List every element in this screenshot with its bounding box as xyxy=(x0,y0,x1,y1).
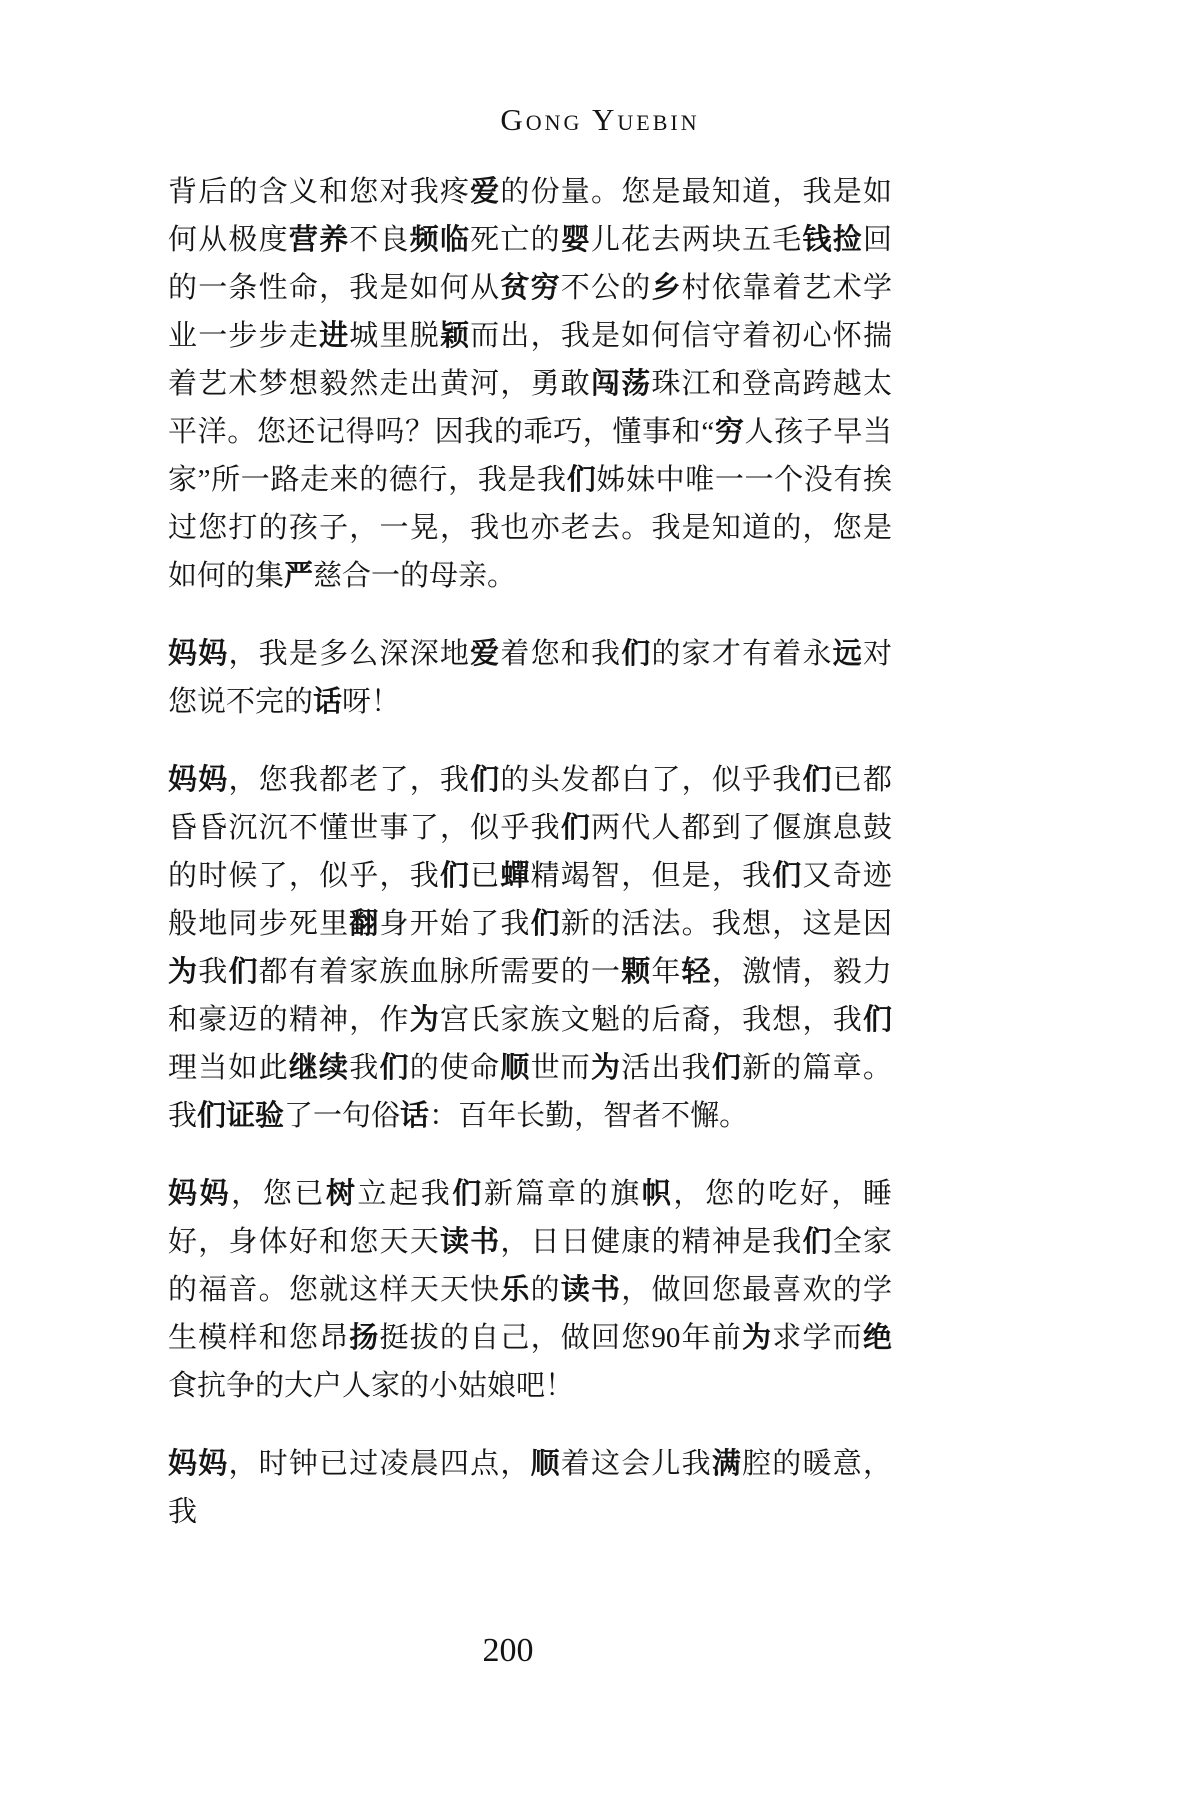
text-segment: 食抗争的大户人家的小姑娘吧！ xyxy=(168,1370,574,1402)
text-segment-bold: 妈妈 xyxy=(168,1178,231,1210)
text-segment-bold: 们 xyxy=(228,956,258,988)
text-segment-bold: 贫穷 xyxy=(500,272,560,304)
running-header: Gong Yuebin xyxy=(0,102,1200,138)
text-segment-bold: 婴 xyxy=(561,224,591,256)
text-segment: 年 xyxy=(651,956,681,988)
text-segment-bold: 扬 xyxy=(349,1322,379,1354)
text-segment-bold: 翻 xyxy=(349,908,379,940)
text-segment-bold: 远 xyxy=(833,638,863,670)
text-segment: ，时钟已过凌晨四点， xyxy=(228,1448,530,1480)
text-segment: 活出我 xyxy=(621,1052,712,1084)
text-segment-bold: 顺 xyxy=(531,1448,561,1480)
text-segment-bold: 颖 xyxy=(440,320,470,352)
text-segment: 挺拔的自己，做回您90年前 xyxy=(380,1322,743,1354)
text-segment-bold: 顺 xyxy=(500,1052,530,1084)
text-segment: 的头发都白了，似乎我 xyxy=(500,764,802,796)
text-segment: 的家才有着永 xyxy=(651,638,832,670)
text-segment: 身开始了我 xyxy=(380,908,531,940)
text-segment: 儿花去两块五毛 xyxy=(591,224,802,256)
text-segment-bold: 读书 xyxy=(561,1274,621,1306)
text-segment: 我 xyxy=(198,956,228,988)
paragraph: 背后的含义和您对我疼爱的份量。您是最知道，我是如何从极度营养不良频临死亡的婴儿花… xyxy=(168,168,892,600)
text-segment: 城里脱 xyxy=(349,320,440,352)
text-segment-bold: 们 xyxy=(863,1004,892,1036)
text-segment-bold: 乐 xyxy=(500,1274,530,1306)
text-segment-bold: 钱捡 xyxy=(803,224,863,256)
text-segment: 死亡的 xyxy=(470,224,561,256)
text-segment-bold: 帜 xyxy=(642,1178,674,1210)
text-segment-bold: 树 xyxy=(326,1178,358,1210)
text-segment: 世而 xyxy=(531,1052,591,1084)
text-segment-bold: 妈妈 xyxy=(168,1448,228,1480)
text-segment-bold: 们 xyxy=(440,860,470,892)
text-segment-bold: 为 xyxy=(168,956,198,988)
text-segment-bold: 严 xyxy=(284,560,313,592)
text-segment-bold: 们 xyxy=(379,1052,409,1084)
text-segment-bold: 们 xyxy=(470,764,500,796)
text-segment: 宫氏家族文魁的后裔，我想，我 xyxy=(440,1004,863,1036)
text-segment-bold: 营养 xyxy=(289,224,349,256)
text-segment: 我 xyxy=(349,1052,379,1084)
text-segment: 着您和我 xyxy=(500,638,621,670)
text-segment: 新的活法。我想，这是因 xyxy=(561,908,892,940)
text-segment: 新篇章的旗 xyxy=(484,1178,642,1210)
paragraph: 妈妈，您我都老了，我们的头发都白了，似乎我们已都昏昏沉沉不懂世事了，似乎我们两代… xyxy=(168,756,892,1140)
text-segment-bold: 们 xyxy=(561,812,591,844)
text-segment-bold: 妈妈 xyxy=(168,638,228,670)
text-segment: 理当如此 xyxy=(168,1052,289,1084)
text-segment: 的使命 xyxy=(410,1052,501,1084)
text-segment-bold: 继续 xyxy=(289,1052,349,1084)
text-segment: ，您已 xyxy=(231,1178,326,1210)
page-body: 背后的含义和您对我疼爱的份量。您是最知道，我是如何从极度营养不良频临死亡的婴儿花… xyxy=(168,168,892,1536)
text-segment-bold: 们证验 xyxy=(197,1100,284,1132)
text-segment-bold: 们 xyxy=(567,464,597,496)
text-segment: ，日日健康的精神是我 xyxy=(500,1226,802,1258)
paragraph: 妈妈，我是多么深深地爱着您和我们的家才有着永远对您说不完的话呀！ xyxy=(168,630,892,726)
text-segment-bold: 们 xyxy=(712,1052,742,1084)
text-segment: 求学而 xyxy=(772,1322,863,1354)
text-segment-bold: 进 xyxy=(319,320,349,352)
text-segment: 了一句俗 xyxy=(284,1100,400,1132)
text-segment-bold: 穷 xyxy=(714,416,744,448)
text-segment-bold: 们 xyxy=(531,908,561,940)
paragraph: 妈妈，时钟已过凌晨四点，顺着这会儿我满腔的暖意，我 xyxy=(168,1440,892,1536)
text-segment-bold: 为 xyxy=(591,1052,621,1084)
text-segment-bold: 为 xyxy=(410,1004,440,1036)
text-segment-bold: 话 xyxy=(400,1100,429,1132)
text-segment-bold: 频临 xyxy=(410,224,470,256)
text-segment: 立起我 xyxy=(358,1178,453,1210)
text-segment-bold: 颗 xyxy=(621,956,651,988)
text-segment-bold: 们 xyxy=(803,764,833,796)
text-segment-bold: 闯荡 xyxy=(591,368,651,400)
text-segment-bold: 乡 xyxy=(651,272,681,304)
text-segment-bold: 轻 xyxy=(682,956,712,988)
paragraph: 妈妈，您已树立起我们新篇章的旗帜，您的吃好，睡好，身体好和您天天读书，日日健康的… xyxy=(168,1170,892,1410)
text-segment-bold: 绝 xyxy=(863,1322,892,1354)
text-segment-bold: 妈妈 xyxy=(168,764,228,796)
text-segment: 的 xyxy=(531,1274,561,1306)
text-segment: ，您我都老了，我 xyxy=(228,764,470,796)
text-segment-bold: 蟬 xyxy=(500,860,530,892)
text-segment-bold: 爱 xyxy=(470,638,500,670)
text-segment-bold: 们 xyxy=(452,1178,484,1210)
text-segment-bold: 满 xyxy=(712,1448,742,1480)
text-segment: 背后的含义和您对我疼 xyxy=(168,176,470,208)
page-number: 200 xyxy=(0,1632,1016,1670)
text-segment: 着这会儿我 xyxy=(561,1448,712,1480)
text-segment: ，我是多么深深地 xyxy=(228,638,470,670)
text-segment-bold: 们 xyxy=(772,860,802,892)
text-segment-bold: 爱 xyxy=(470,176,500,208)
text-segment-bold: 话 xyxy=(313,686,342,718)
text-segment: ：百年长勤，智者不懈。 xyxy=(429,1100,748,1132)
text-segment: 不公的 xyxy=(561,272,652,304)
text-segment-bold: 读书 xyxy=(440,1226,500,1258)
text-segment: 都有着家族血脉所需要的一 xyxy=(259,956,622,988)
text-segment: 呀！ xyxy=(342,686,400,718)
book-page: Gong Yuebin 背后的含义和您对我疼爱的份量。您是最知道，我是如何从极度… xyxy=(0,0,1200,1800)
text-segment: 精竭智，但是，我 xyxy=(531,860,773,892)
text-segment: 慈合一的母亲。 xyxy=(313,560,516,592)
text-segment-bold: 为 xyxy=(742,1322,772,1354)
text-segment: 已 xyxy=(470,860,500,892)
text-segment-bold: 们 xyxy=(803,1226,833,1258)
text-segment-bold: 们 xyxy=(621,638,651,670)
text-segment: 不良 xyxy=(349,224,409,256)
